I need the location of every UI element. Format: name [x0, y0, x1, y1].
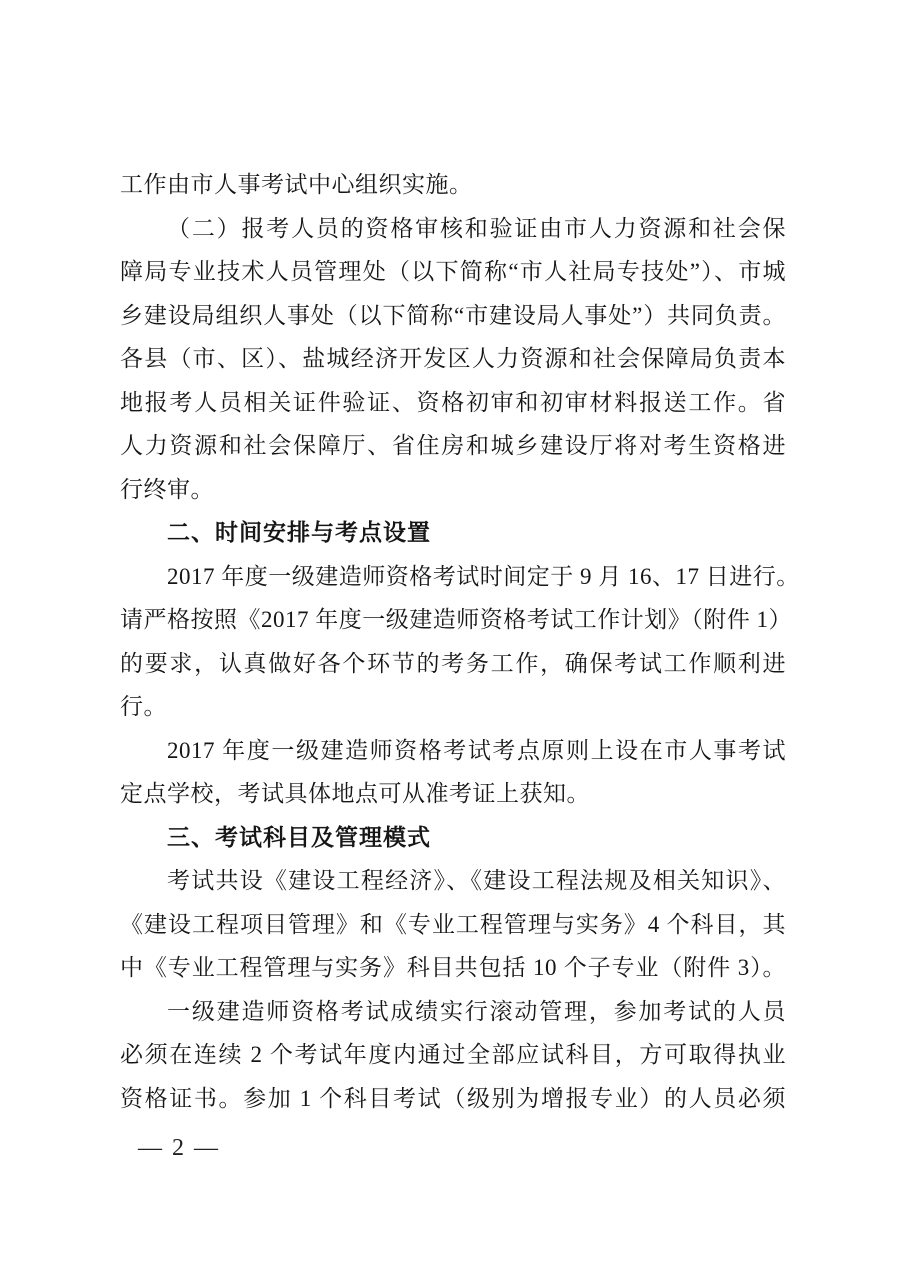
text-line: 障局专业技术人员管理处（以下简称“市人社局专技处”）、市城 [120, 250, 786, 294]
text-line: 的要求，认真做好各个环节的考务工作，确保考试工作顺利进 [120, 642, 786, 686]
text-line: 请严格按照《2017 年度一级建造师资格考试工作计划》（附件 1） [120, 598, 786, 642]
text-line: 工作由市人事考试中心组织实施。 [120, 163, 786, 207]
document-body: 工作由市人事考试中心组织实施。 （二）报考人员的资格审核和验证由市人力资源和社会… [120, 163, 786, 1120]
page-number: — 2 — [138, 1130, 220, 1166]
text-line: 人力资源和社会保障厅、省住房和城乡建设厅将对考生资格进 [120, 424, 786, 468]
text-line: 必须在连续 2 个考试年度内通过全部应试科目，方可取得执业 [120, 1033, 786, 1077]
text-line: 《建设工程项目管理》和《专业工程管理与实务》4 个科目，其 [120, 903, 786, 947]
text-line: 2017 年度一级建造师资格考试时间定于 9 月 16、17 日进行。 [120, 555, 786, 599]
text-line: 地报考人员相关证件验证、资格初审和初审材料报送工作。省 [120, 381, 786, 425]
text-line: 考试共设《建设工程经济》、《建设工程法规及相关知识》、 [120, 859, 786, 903]
section-heading: 三、考试科目及管理模式 [120, 816, 786, 860]
text-line: 行终审。 [120, 468, 786, 512]
text-line: 资格证书。参加 1 个科目考试（级别为增报专业）的人员必须 [120, 1077, 786, 1121]
text-line: 一级建造师资格考试成绩实行滚动管理，参加考试的人员 [120, 990, 786, 1034]
section-heading: 二、时间安排与考点设置 [120, 511, 786, 555]
text-line: 各县（市、区）、盐城经济开发区人力资源和社会保障局负责本 [120, 337, 786, 381]
document-page: 工作由市人事考试中心组织实施。 （二）报考人员的资格审核和验证由市人力资源和社会… [0, 0, 900, 1273]
text-line: 行。 [120, 685, 786, 729]
text-line: （二）报考人员的资格审核和验证由市人力资源和社会保 [120, 207, 786, 251]
text-line: 乡建设局组织人事处（以下简称“市建设局人事处”）共同负责。 [120, 294, 786, 338]
text-line: 2017 年度一级建造师资格考试考点原则上设在市人事考试 [120, 729, 786, 773]
text-line: 定点学校，考试具体地点可从准考证上获知。 [120, 772, 786, 816]
text-line: 中《专业工程管理与实务》科目共包括 10 个子专业（附件 3）。 [120, 946, 786, 990]
